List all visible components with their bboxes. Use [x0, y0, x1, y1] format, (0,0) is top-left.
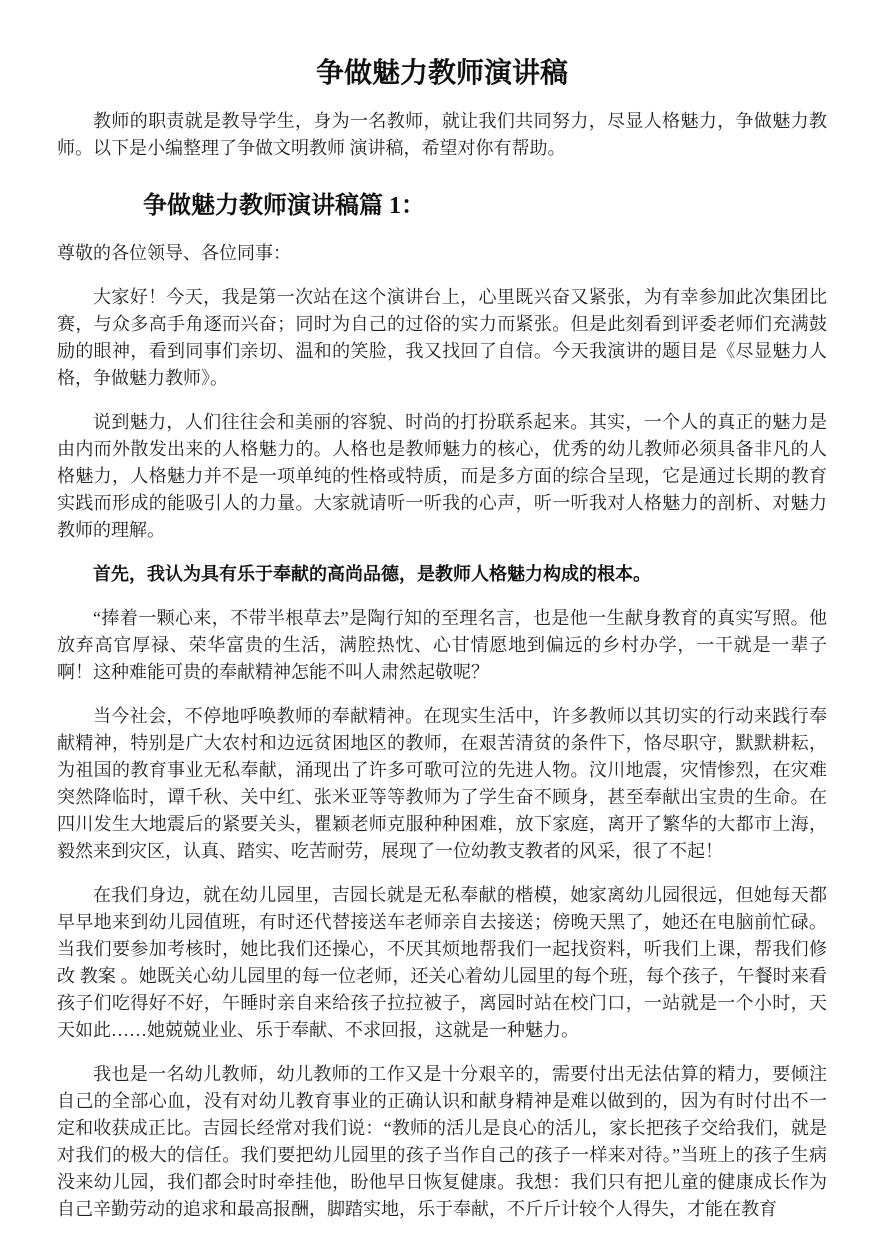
document-title: 争做魅力教师演讲稿: [57, 56, 827, 92]
body-paragraph: 在我们身边，就在幼儿园里，吉园长就是无私奉献的楷模，她家离幼儿园很远，但她每天都…: [57, 882, 827, 1044]
salutation: 尊敬的各位领导、各位同事：: [57, 240, 827, 267]
body-paragraph: “捧着一颗心来，不带半根草去”是陶行知的至理名言，也是他一生献身教育的真实写照。…: [57, 605, 827, 686]
body-paragraph: 当今社会，不停地呼唤教师的奉献精神。在现实生活中，许多教师以其切实的行动来践行奉…: [57, 703, 827, 865]
document-page: 争做魅力教师演讲稿 教师的职责就是教导学生，身为一名教师，就让我们共同努力，尽显…: [0, 0, 884, 1250]
body-paragraph: 我也是一名幼儿教师，幼儿教师的工作又是十分艰辛的，需要付出无法估算的精力，要倾注…: [57, 1061, 827, 1223]
intro-paragraph: 教师的职责就是教导学生，身为一名教师，就让我们共同努力，尽显人格魅力，争做魅力教…: [57, 108, 827, 162]
body-paragraph: 大家好！今天，我是第一次站在这个演讲台上，心里既兴奋又紧张，为有幸参加此次集团比…: [57, 284, 827, 392]
paragraphs-container: 大家好！今天，我是第一次站在这个演讲台上，心里既兴奋又紧张，为有幸参加此次集团比…: [57, 284, 827, 1223]
section-heading: 争做魅力教师演讲稿篇 1：: [57, 188, 827, 224]
body-paragraph: 首先，我认为具有乐于奉献的高尚品德，是教师人格魅力构成的根本。: [57, 561, 827, 588]
body-paragraph: 说到魅力，人们往往会和美丽的容貌、时尚的打扮联系起来。其实，一个人的真正的魅力是…: [57, 409, 827, 544]
